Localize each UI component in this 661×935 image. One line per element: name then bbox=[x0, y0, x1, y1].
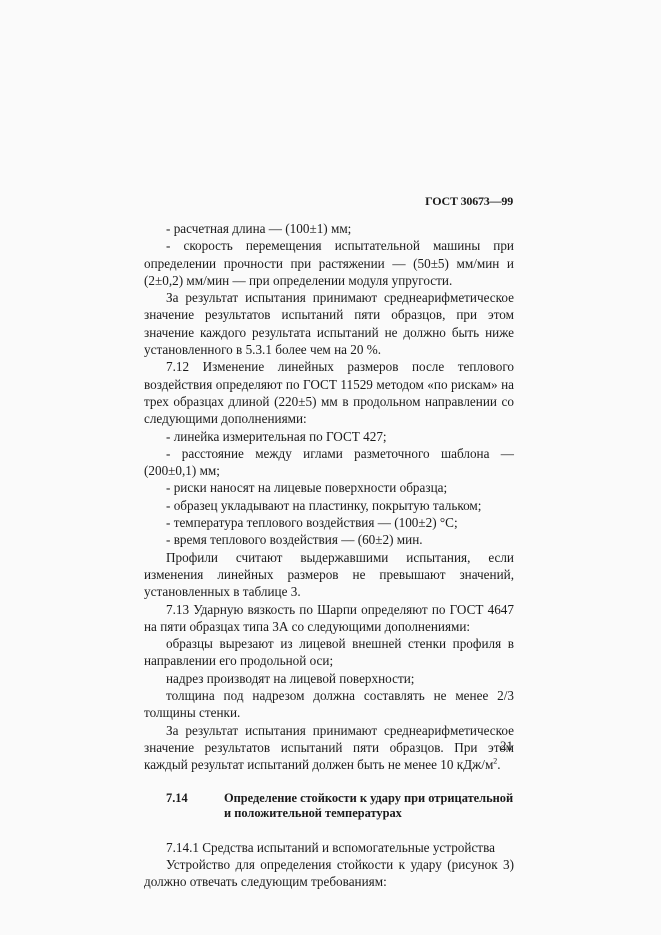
list-item: надрез производят на лицевой поверхности… bbox=[144, 670, 514, 687]
paragraph: Устройство для определения стойкости к у… bbox=[144, 856, 514, 891]
page-number: 21 bbox=[500, 738, 513, 754]
list-item: - образец укладывают на пластинку, покры… bbox=[144, 497, 514, 514]
paragraph-7-12: 7.12 Изменение линейных размеров после т… bbox=[144, 358, 514, 427]
section-title: Определение стойкости к удару при отрица… bbox=[224, 791, 514, 822]
paragraph-text: За результат испытания принимают среднеа… bbox=[144, 723, 514, 773]
paragraph: - расчетная длина — (100±1) мм; bbox=[144, 220, 514, 237]
paragraph: Профили считают выдержавшими испытания, … bbox=[144, 549, 514, 601]
paragraph: - скорость перемещения испытательной маш… bbox=[144, 237, 514, 289]
list-item: - время теплового воздействия — (60±2) м… bbox=[144, 531, 514, 548]
subsection-heading: 7.14.1 Средства испытаний и вспомогатель… bbox=[144, 839, 514, 856]
paragraph-7-13: 7.13 Ударную вязкость по Шарпи определяю… bbox=[144, 601, 514, 636]
list-item: - расстояние между иглами разметочного ш… bbox=[144, 445, 514, 480]
paragraph-end: . bbox=[497, 757, 500, 772]
list-item: - риски наносят на лицевые поверхности о… bbox=[144, 479, 514, 496]
paragraph: За результат испытания принимают среднеа… bbox=[144, 289, 514, 358]
section-heading: 7.14 Определение стойкости к удару при о… bbox=[144, 791, 514, 822]
section-number: 7.14 bbox=[144, 791, 224, 822]
document-body: - расчетная длина — (100±1) мм; - скорос… bbox=[144, 220, 514, 890]
list-item: - линейка измерительная по ГОСТ 427; bbox=[144, 428, 514, 445]
list-item: - температура теплового воздействия — (1… bbox=[144, 514, 514, 531]
list-item: образцы вырезают из лицевой внешней стен… bbox=[144, 635, 514, 670]
list-item: толщина под надрезом должна составлять н… bbox=[144, 687, 514, 722]
standard-id-header: ГОСТ 30673—99 bbox=[425, 194, 513, 209]
paragraph: За результат испытания принимают среднеа… bbox=[144, 722, 514, 774]
